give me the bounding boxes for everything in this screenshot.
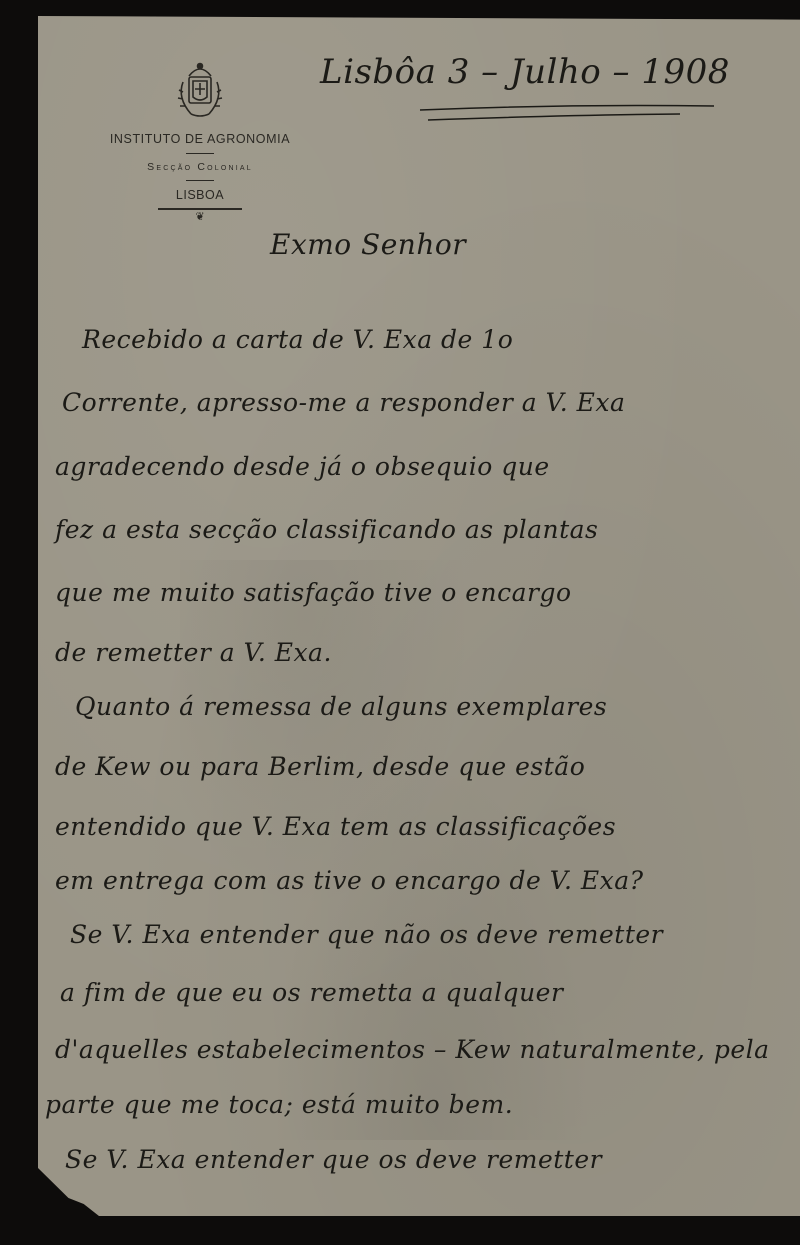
letter-line: d'aquelles estabelecimentos – Kew natura… [55, 1035, 770, 1064]
letter-line: entendido que V. Exa tem as classificaçõ… [55, 812, 616, 841]
letter-line: de Kew ou para Berlim, desde que estão [55, 752, 585, 781]
letter-line: fez a esta secção classificando as plant… [55, 515, 598, 544]
letter-line: Corrente, apresso-me a responder a V. Ex… [62, 388, 625, 417]
letter-line: Se V. Exa entender que os deve remetter [65, 1145, 602, 1174]
letter-date: Lisbôa 3 – Julho – 1908 [320, 52, 730, 92]
divider [186, 180, 214, 181]
letter-line: Quanto á remessa de alguns exemplares [75, 692, 607, 721]
letter-line: Se V. Exa entender que não os deve remet… [70, 920, 663, 949]
city-name: LISBOA [95, 188, 305, 202]
ornament-icon: ❦ [95, 212, 305, 222]
divider [186, 153, 214, 154]
institution-name: INSTITUTO DE AGRONOMIA [95, 132, 305, 146]
divider [158, 208, 242, 210]
letterhead: INSTITUTO DE AGRONOMIA Secção Colonial L… [95, 58, 305, 222]
date-underline [418, 102, 718, 126]
letter-line: Recebido a carta de V. Exa de 1o [82, 325, 513, 354]
letter-line: a fim de que eu os remetta a qualquer [60, 978, 563, 1007]
letter-line: que me muito satisfação tive o encargo [55, 578, 572, 607]
letter-line: agradecendo desde já o obsequio que [55, 452, 550, 481]
letter-line: em entrega com as tive o encargo de V. E… [55, 866, 644, 895]
salutation: Exmo Senhor [270, 228, 466, 261]
section-name: Secção Colonial [95, 161, 305, 173]
coat-of-arms-icon [169, 58, 231, 122]
letter-line: de remetter a V. Exa. [55, 638, 332, 667]
letter-line: parte que me toca; está muito bem. [45, 1090, 513, 1119]
